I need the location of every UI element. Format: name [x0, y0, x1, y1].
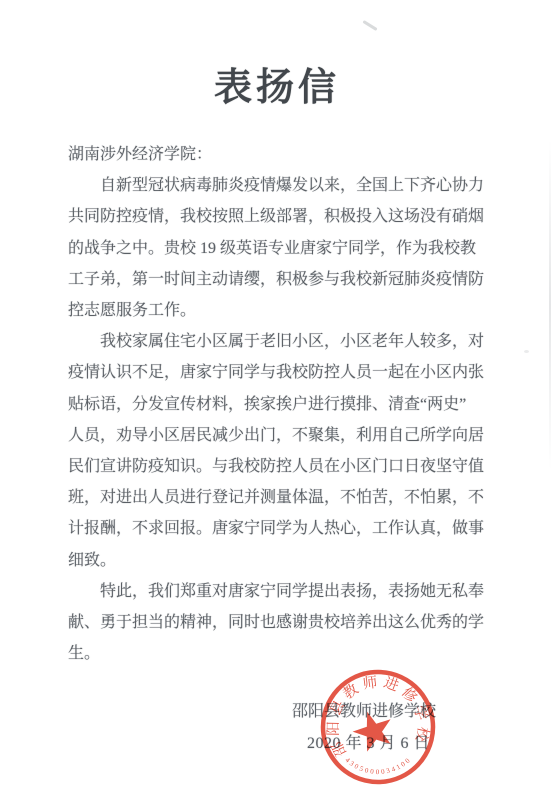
paragraph-1: 自新型冠状病毒肺炎疫情爆发以来，全国上下齐心协力 共同防控疫情，我校按照上级部署…: [68, 170, 484, 326]
red-star-icon: [350, 709, 394, 754]
scan-smudge: [362, 20, 377, 31]
paragraph-3: 特此，我们郑重对唐家宁同学提出表扬，表扬她无私奉 献、勇于担当的精神，同时也感谢…: [68, 576, 484, 670]
paragraph-2: 我校家属住宅小区属于老旧小区，小区老年人较多，对 疫情认识不足，唐家宁同学与我校…: [68, 326, 484, 576]
seal-ring-text: 邵阳县教师进修学校: [317, 667, 435, 762]
page-title: 表扬信: [0, 56, 554, 111]
letter-page: 表扬信 湖南涉外经济学院： 自新型冠状病毒肺炎疫情爆发以来，全国上下齐心协力 共…: [0, 0, 554, 800]
salutation: 湖南涉外经济学院：: [68, 139, 484, 170]
scan-edge-shadow: [549, 140, 551, 470]
official-seal: 邵阳县教师进修学校 4305000034100: [308, 657, 448, 797]
letter-body: 湖南涉外经济学院： 自新型冠状病毒肺炎疫情爆发以来，全国上下齐心协力 共同防控疫…: [68, 139, 484, 669]
seal-graphic: 邵阳县教师进修学校 4305000034100: [316, 665, 440, 789]
scan-speck: [524, 350, 529, 353]
